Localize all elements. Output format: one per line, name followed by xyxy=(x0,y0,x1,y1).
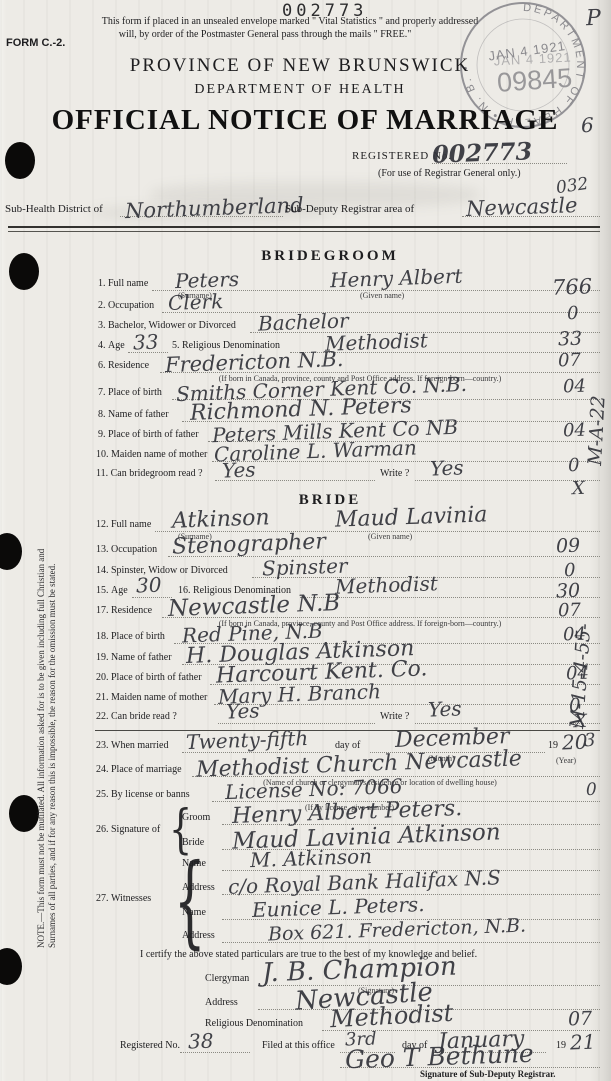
fullname-bride-given: Maud Lavinia xyxy=(335,502,488,532)
clergyman-address-label: Address xyxy=(205,997,238,1008)
year-sublabel: (Year) xyxy=(556,756,576,765)
year-prefix: 19 xyxy=(548,740,558,751)
father-groom-label: Name of father xyxy=(108,409,169,420)
bride-write-value: Yes xyxy=(428,696,462,721)
clergy-denomination-label: Religious Denomination xyxy=(205,1018,303,1029)
denomination-bride-value: Methodist xyxy=(335,571,439,599)
form-code: FORM C.-2. xyxy=(6,37,65,49)
bridegroom-heading: BRIDEGROOM xyxy=(100,248,560,265)
margin-code: 3 xyxy=(584,730,596,751)
mother-bride-label: Maiden name of mother xyxy=(111,692,207,703)
marital-status-groom-label: Bachelor, Widower or Divorced xyxy=(108,320,236,331)
margin-mark-p: P xyxy=(586,6,602,32)
fullname-bride-surname: Atkinson xyxy=(172,505,270,533)
margin-note: NOTE.—This form must not be mutilated. A… xyxy=(36,549,58,948)
section-divider xyxy=(8,226,600,232)
occupation-bride-label: Occupation xyxy=(111,544,157,555)
father-birthplace-bride-label: Place of birth of father xyxy=(111,672,202,683)
signature-of-label: Signature of xyxy=(111,824,160,835)
punch-hole xyxy=(9,795,39,832)
witness1-address-label: Address xyxy=(182,882,215,893)
punch-hole xyxy=(9,253,39,290)
margin-code: 0 xyxy=(586,780,598,800)
when-married-day: Twenty-fifth xyxy=(186,726,309,754)
punch-hole xyxy=(5,142,35,179)
license-or-banns-label: By license or banns xyxy=(111,789,190,800)
fullname-groom-label: Full name xyxy=(108,278,148,289)
margin-code: 04 xyxy=(563,420,587,442)
mother-groom-label: Maiden name of mother xyxy=(111,449,207,460)
margin-code: 33 xyxy=(558,328,583,351)
margin-code: X xyxy=(572,478,586,499)
department-heading: DEPARTMENT OF HEALTH xyxy=(40,82,560,98)
margin-code: 0 xyxy=(564,560,576,581)
age-bride-value: 30 xyxy=(136,573,162,598)
clergy-denomination-value: Methodist xyxy=(329,999,454,1033)
father-birthplace-groom-label: Place of birth of father xyxy=(108,429,199,440)
fullname-bride-label: Full name xyxy=(111,519,151,530)
sub-deputy-area-label: Sub-Deputy Registrar area of xyxy=(285,203,414,215)
filed-year-prefix: 19 xyxy=(556,1040,566,1051)
groom-read-value: Yes xyxy=(222,457,256,482)
residence-groom-label: Residence xyxy=(108,360,149,371)
witness2-name-label: Name xyxy=(182,907,206,918)
vertical-margin-code: M-A-22 xyxy=(584,395,610,466)
clergyman-label: Clergyman xyxy=(205,973,249,984)
filed-label: Filed at this office xyxy=(262,1040,335,1051)
registered-no2-value: 38 xyxy=(188,1029,214,1054)
bride-read-value: Yes xyxy=(226,698,260,723)
registered-no-value: 002773 xyxy=(432,136,533,168)
groom-write-value: Yes xyxy=(430,455,464,480)
groom-read-label: Can bridegroom read ? xyxy=(111,468,203,479)
witness1-name: M. Atkinson xyxy=(250,844,373,872)
margin-code: 09 xyxy=(556,535,581,558)
witness2-name: Eunice L. Peters. xyxy=(252,892,425,922)
occupation-groom-label: Occupation xyxy=(108,300,154,311)
margin-code: 0 xyxy=(567,303,579,324)
margin-code: 07 xyxy=(558,350,582,372)
occupation-groom-value: Clerk xyxy=(168,289,224,315)
punch-hole xyxy=(0,948,22,985)
witness1-name-label: Name xyxy=(182,858,206,869)
age-bride-label: Age xyxy=(111,585,128,596)
witness2-address-label: Address xyxy=(182,930,215,941)
margin-code: 04 xyxy=(563,376,587,398)
punch-hole xyxy=(0,533,22,570)
residence-bride-label: Residence xyxy=(111,605,152,616)
margin-code: 0 xyxy=(568,455,580,476)
registrar-signature-sublabel: Signature of Sub-Deputy Registrar. xyxy=(420,1069,556,1079)
given-name-sublabel: (Given name) xyxy=(360,291,404,300)
sub-health-district-label: Sub-Health District of xyxy=(5,203,103,215)
witnesses-label: Witnesses xyxy=(111,893,151,904)
registered-no2-label: Registered No. xyxy=(120,1040,180,1051)
father-bride-label: Name of father xyxy=(111,652,172,663)
registrar-only-note: (For use of Registrar General only.) xyxy=(378,168,521,179)
marital-status-bride-label: Spinster, Widow or Divorced xyxy=(111,565,228,576)
age-groom-label: Age xyxy=(108,340,125,351)
margin-code: 766 xyxy=(552,274,593,299)
place-of-marriage-label: Place of marriage xyxy=(111,764,182,775)
filed-year: 21 xyxy=(570,1030,596,1055)
bride-heading: BRIDE xyxy=(100,492,560,509)
page-title: OFFICIAL NOTICE OF MARRIAGE xyxy=(20,104,590,137)
bride-write-label: Write ? xyxy=(380,711,409,722)
sub-deputy-area-value: Newcastle xyxy=(466,193,578,221)
province-heading: PROVINCE OF NEW BRUNSWICK xyxy=(40,55,560,77)
marriage-section-divider xyxy=(95,730,600,731)
groom-write-label: Write ? xyxy=(380,468,409,479)
margin-code: 07 xyxy=(568,1008,593,1031)
postal-note-line2: will, by order of the Postmaster General… xyxy=(55,29,475,40)
bride-read-label: Can bride read ? xyxy=(111,711,177,722)
day-of-label: day of xyxy=(335,740,360,751)
age-groom-value: 33 xyxy=(133,330,159,355)
when-married-label: When married xyxy=(111,740,168,751)
groom-sig-label: Groom xyxy=(182,812,210,823)
margin-code: 07 xyxy=(558,600,582,622)
fullname-groom-given: Henry Albert xyxy=(330,264,463,293)
margin-mark-6: 6 xyxy=(581,113,595,137)
scanned-marriage-form: 002773 This form if placed in an unseale… xyxy=(0,0,611,1081)
birthplace-bride-label: Place of birth xyxy=(111,631,165,642)
given-name-sublabel: (Given name) xyxy=(368,532,412,541)
birthplace-groom-label: Place of birth xyxy=(108,387,162,398)
